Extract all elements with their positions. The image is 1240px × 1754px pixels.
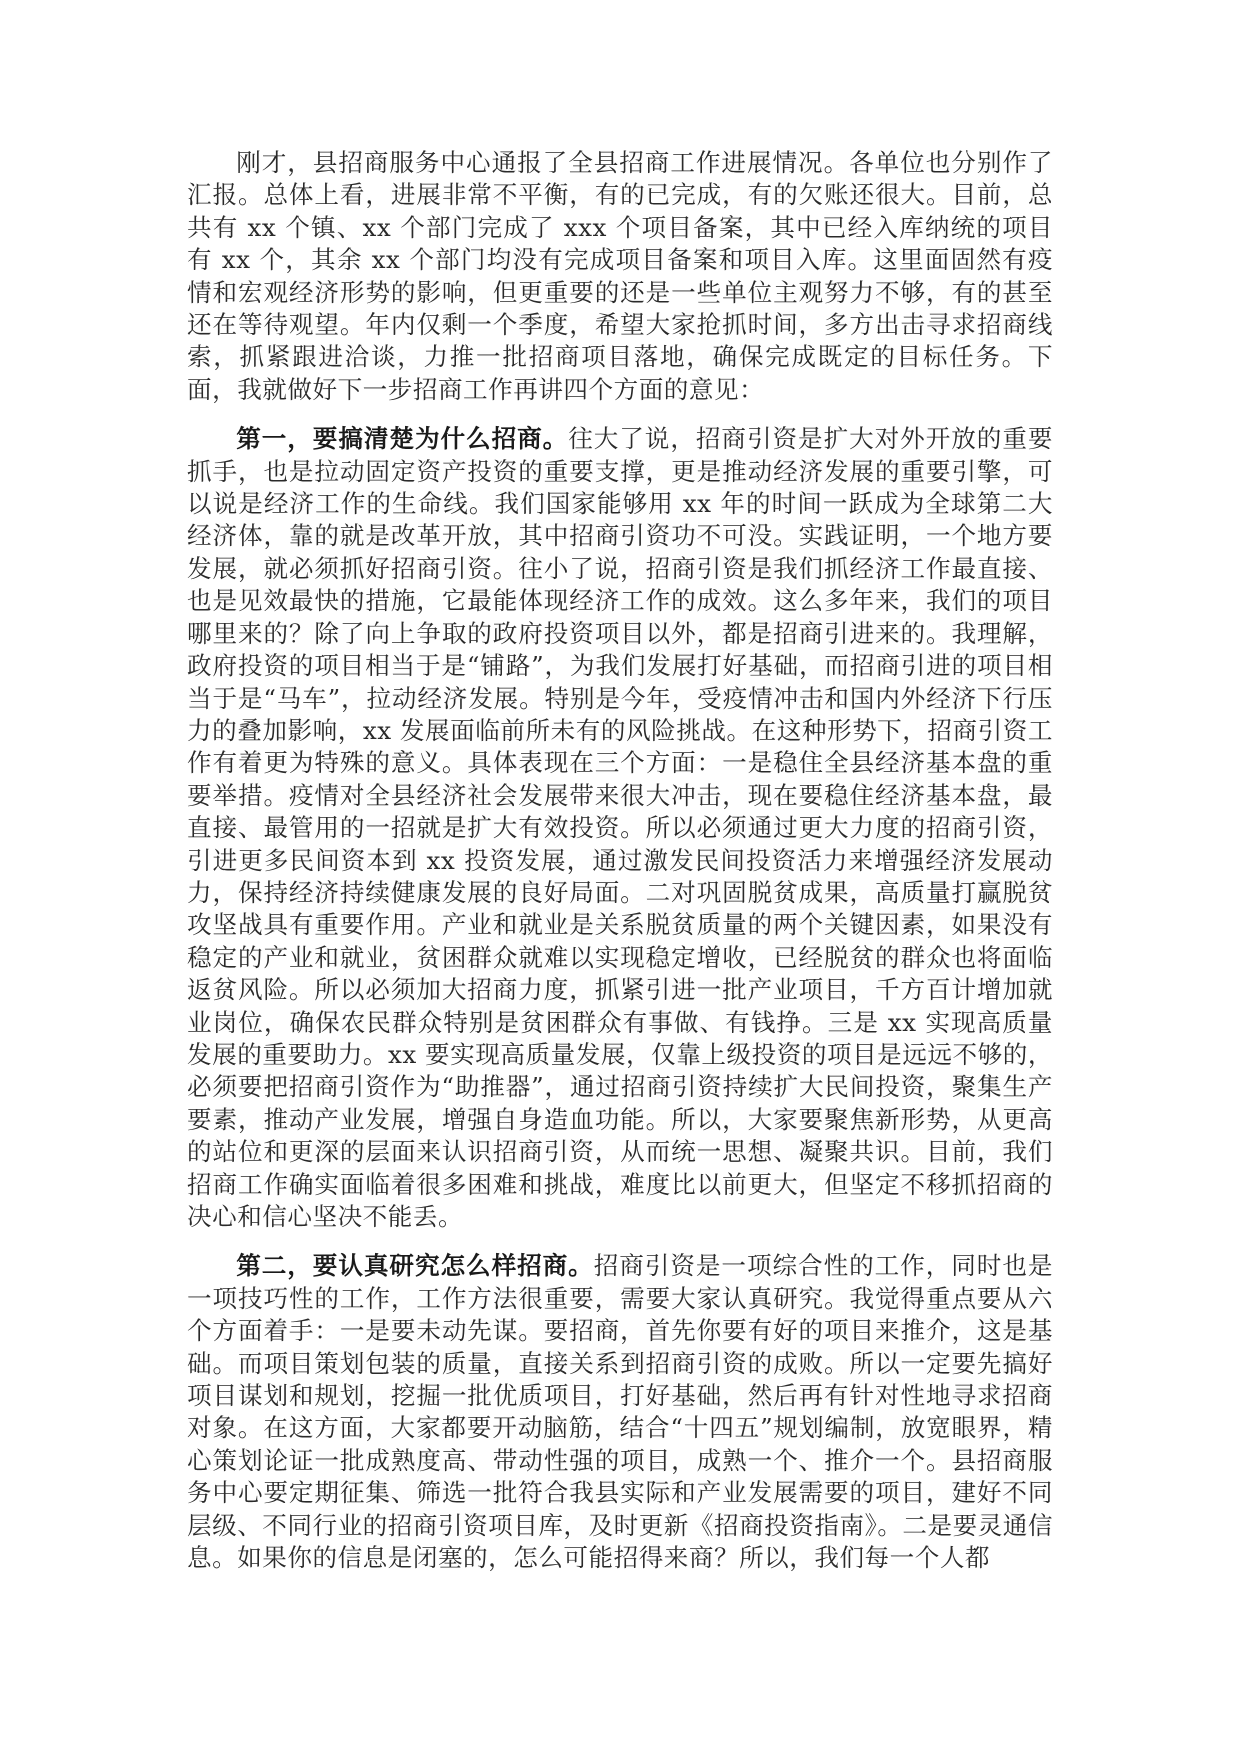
- paragraph-text: 往大了说，招商引资是扩大对外开放的重要抓手，也是拉动固定资产投资的重要支撑，更是…: [187, 424, 1053, 1231]
- paragraph-section-1: 第一，要搞清楚为什么招商。往大了说，招商引资是扩大对外开放的重要抓手，也是拉动固…: [187, 423, 1053, 1233]
- paragraph-text: 刚才，县招商服务中心通报了全县招商工作进展情况。各单位也分别作了汇报。总体上看，…: [187, 148, 1053, 404]
- paragraph-intro: 刚才，县招商服务中心通报了全县招商工作进展情况。各单位也分别作了汇报。总体上看，…: [187, 147, 1053, 406]
- paragraph-lead: 第二，要认真研究怎么样招商。: [236, 1251, 594, 1280]
- paragraph-lead: 第一，要搞清楚为什么招商。: [236, 424, 568, 453]
- paragraph-section-2: 第二，要认真研究怎么样招商。招商引资是一项综合性的工作，同时也是一项技巧性的工作…: [187, 1250, 1053, 1574]
- paragraph-text: 招商引资是一项综合性的工作，同时也是一项技巧性的工作，工作方法很重要，需要大家认…: [187, 1251, 1053, 1572]
- document-page: 刚才，县招商服务中心通报了全县招商工作进展情况。各单位也分别作了汇报。总体上看，…: [187, 147, 1053, 1591]
